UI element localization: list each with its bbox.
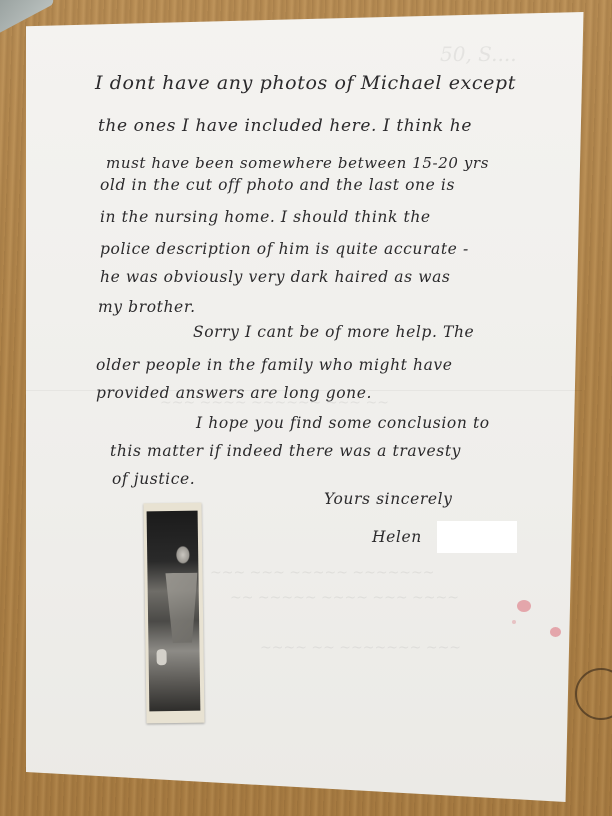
- closing-text: Yours sincerely: [324, 490, 453, 508]
- letter-line: must have been somewhere between 15-20 y…: [106, 154, 489, 172]
- letter-line: old in the cut off photo and the last on…: [100, 176, 455, 194]
- letter-line: provided answers are long gone.: [96, 384, 372, 402]
- redacted-surname-box: [437, 521, 517, 553]
- letter-line: police description of him is quite accur…: [100, 240, 469, 258]
- letter-line: older people in the family who might hav…: [96, 356, 453, 374]
- letter-line: I dont have any photos of Michael except: [95, 72, 516, 94]
- letter-line: he was obviously very dark haired as was: [100, 268, 450, 286]
- letter-line: this matter if indeed there was a traves…: [110, 442, 461, 460]
- letter-line: in the nursing home. I should think the: [100, 208, 431, 226]
- signature-first-name: Helen: [372, 528, 422, 546]
- letter-line: the ones I have included here. I think h…: [98, 116, 472, 136]
- letter-line: of justice.: [112, 470, 195, 488]
- show-through-text: ~~~~ ~~ ~~~~~~~ ~~~: [260, 640, 461, 656]
- attached-photo: [143, 503, 204, 724]
- letter-line: Sorry I cant be of more help. The: [193, 323, 474, 341]
- show-through-text: ~~~ ~~~ ~~~~~ ~~~~~~~: [210, 565, 435, 581]
- letter-line: I hope you find some conclusion to: [196, 414, 490, 432]
- cup-ring-mark: [575, 668, 612, 720]
- show-through-text: ~~ ~~~~~ ~~~~ ~~~ ~~~~: [230, 590, 459, 606]
- show-through-text: 50, S....: [440, 42, 517, 66]
- photo-image: [147, 511, 201, 712]
- letter-line: my brother.: [98, 298, 196, 316]
